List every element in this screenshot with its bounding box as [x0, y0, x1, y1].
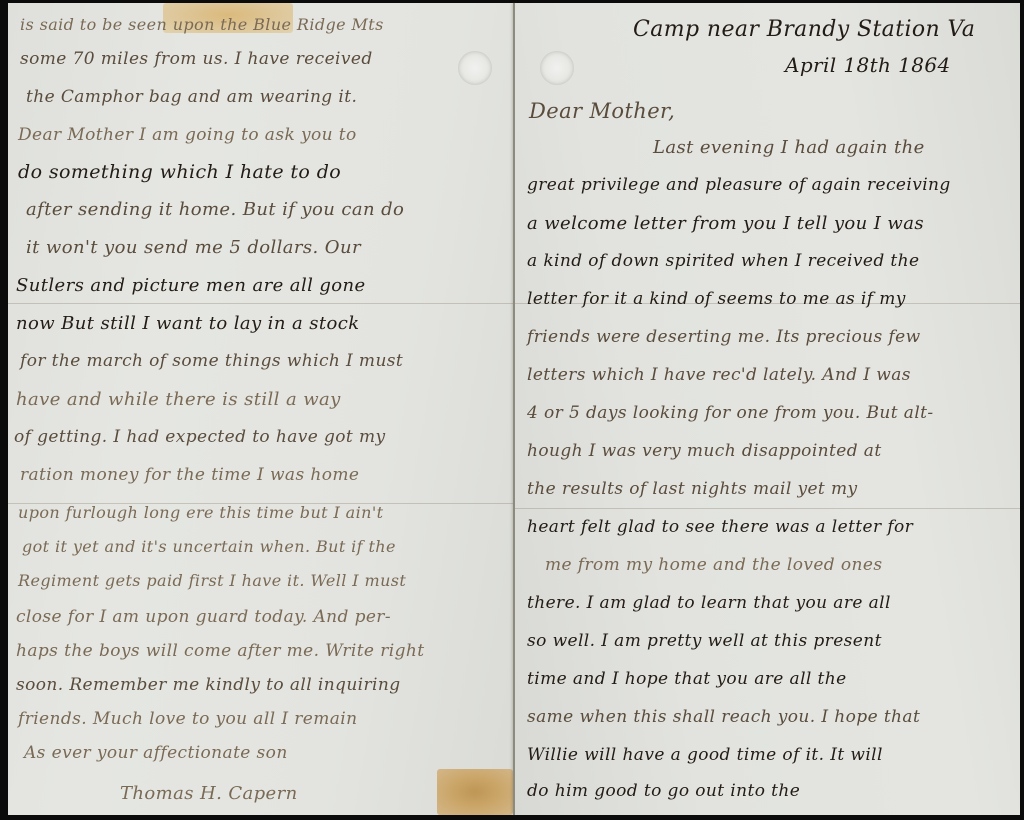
- letter-line: Regiment gets paid first I have it. Well…: [18, 571, 406, 590]
- letter-line: letter for it a kind of seems to me as i…: [527, 289, 906, 309]
- letter-date: April 18th 1864: [785, 53, 951, 77]
- letter-line: some 70 miles from us. I have received: [20, 49, 373, 69]
- letter-line: of getting. I had expected to have got m…: [14, 427, 386, 447]
- letter-line: time and I hope that you are all the: [527, 669, 847, 689]
- embossed-seal-icon: [540, 51, 574, 85]
- signature: Thomas H. Capern: [120, 783, 298, 804]
- letter-line: same when this shall reach you. I hope t…: [527, 707, 920, 727]
- letter-line: ration money for the time I was home: [20, 465, 359, 485]
- letter-line: hough I was very much disappointed at: [527, 441, 882, 461]
- letter-line: friends. Much love to you all I remain: [18, 709, 357, 729]
- fold-crease: [8, 303, 513, 304]
- letter-line: friends were deserting me. Its precious …: [527, 327, 921, 347]
- letter-line: soon. Remember me kindly to all inquirin…: [16, 675, 401, 695]
- letter-line: heart felt glad to see there was a lette…: [527, 517, 913, 537]
- letter-line: letters which I have rec'd lately. And I…: [527, 365, 911, 385]
- letter-line: there. I am glad to learn that you are a…: [527, 593, 891, 613]
- letter-line: the Camphor bag and am wearing it.: [26, 87, 357, 107]
- right-page: Camp near Brandy Station Va April 18th 1…: [515, 3, 1020, 815]
- letter-scan: is said to be seen upon the Blue Ridge M…: [8, 3, 1020, 815]
- letter-line: a welcome letter from you I tell you I w…: [527, 213, 924, 234]
- letter-line: now But still I want to lay in a stock: [16, 313, 360, 334]
- salutation: Dear Mother,: [529, 99, 675, 123]
- letter-line: do something which I hate to do: [18, 161, 341, 183]
- letter-line: for the march of some things which I mus…: [20, 351, 403, 371]
- letter-line: do him good to go out into the: [527, 781, 800, 801]
- letter-line: upon furlough long ere this time but I a…: [18, 503, 383, 522]
- letter-line: after sending it home. But if you can do: [26, 199, 404, 220]
- letter-line: close for I am upon guard today. And per…: [16, 607, 391, 627]
- letter-line: me from my home and the loved ones: [545, 555, 882, 575]
- letter-line: a kind of down spirited when I received …: [527, 251, 919, 271]
- letter-place: Camp near Brandy Station Va: [633, 17, 975, 42]
- left-page: is said to be seen upon the Blue Ridge M…: [8, 3, 513, 815]
- letter-line: got it yet and it's uncertain when. But …: [22, 537, 396, 556]
- letter-line: so well. I am pretty well at this presen…: [527, 631, 882, 651]
- letter-line: the results of last nights mail yet my: [527, 479, 858, 499]
- tape-stain-bottom: [437, 769, 513, 815]
- letter-line: have and while there is still a way: [16, 389, 341, 410]
- letter-line: 4 or 5 days looking for one from you. Bu…: [527, 403, 934, 423]
- letter-line: Last evening I had again the: [653, 137, 925, 158]
- embossed-seal-icon: [458, 51, 492, 85]
- letter-line: is said to be seen upon the Blue Ridge M…: [20, 15, 384, 34]
- letter-line: Dear Mother I am going to ask you to: [18, 125, 357, 145]
- letter-line: Sutlers and picture men are all gone: [16, 275, 366, 296]
- letter-line: As ever your affectionate son: [24, 743, 288, 763]
- letter-line: it won't you send me 5 dollars. Our: [26, 237, 361, 258]
- fold-crease: [515, 508, 1020, 509]
- letter-line: Willie will have a good time of it. It w…: [527, 745, 883, 765]
- letter-line: great privilege and pleasure of again re…: [527, 175, 951, 195]
- letter-line: haps the boys will come after me. Write …: [16, 641, 424, 661]
